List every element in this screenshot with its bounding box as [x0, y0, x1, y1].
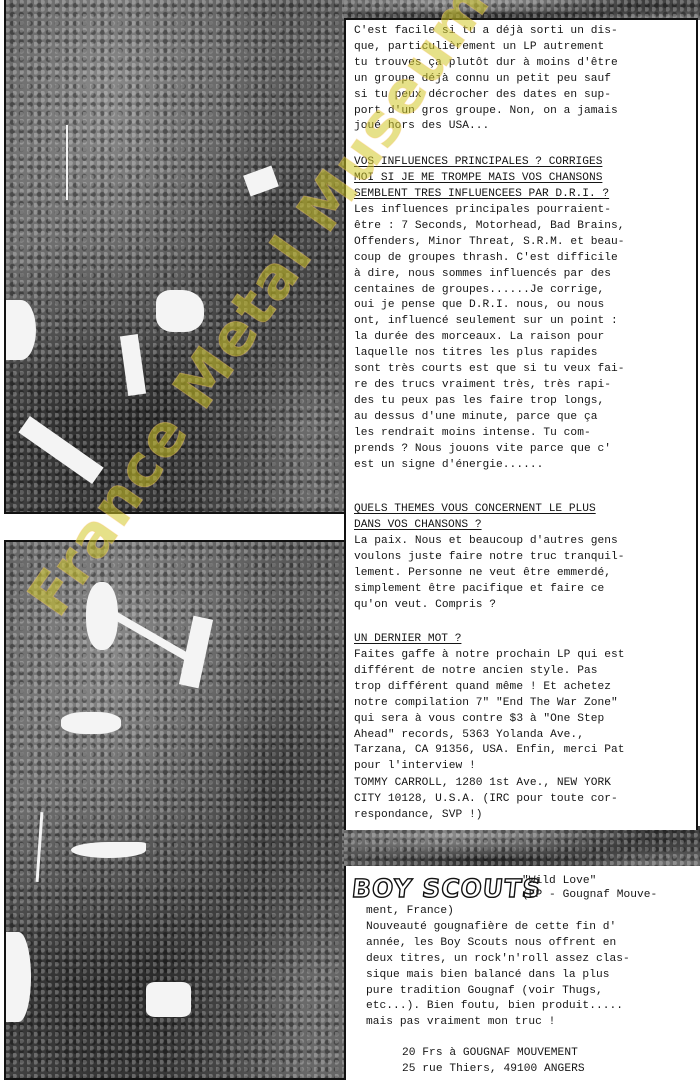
record-review: BOY SCOUTS "Wild Love" (EP - Gougnaf Mou…: [344, 866, 700, 1080]
photo-highlight: [243, 166, 279, 197]
photo-highlight: [61, 712, 121, 734]
answer-last-word: Faites gaffe à notre prochain LP qui est…: [354, 648, 625, 775]
question-last-word: UN DERNIER MOT ?: [354, 632, 461, 648]
answer-influences: Les influences principales pourraient- ê…: [354, 203, 625, 473]
photo-highlight: [18, 416, 103, 484]
photo-highlight: [71, 842, 146, 858]
photo-highlight: [156, 290, 204, 332]
interview-intro: C'est facile si tu a déjà sorti un dis- …: [354, 24, 618, 135]
band-photo-top: [4, 0, 348, 514]
release-info: (EP - Gougnaf Mouve-: [522, 888, 657, 904]
photo-highlight: [36, 812, 44, 882]
order-address: 20 Frs à GOUGNAF MOUVEMENT 25 rue Thiers…: [402, 1046, 585, 1078]
band-logo: BOY SCOUTS: [350, 874, 542, 903]
photo-strip-middle: [344, 826, 700, 868]
question-themes: QUELS THEMES VOUS CONCERNENT LE PLUS DAN…: [354, 502, 596, 534]
answer-themes: La paix. Nous et beaucoup d'autres gens …: [354, 534, 625, 614]
band-contact-address: TOMMY CARROLL, 1280 1st Ave., NEW YORK C…: [354, 776, 618, 824]
review-body: ment, France) Nouveauté gougnafière de c…: [366, 904, 630, 1031]
photo-highlight: [6, 300, 36, 360]
question-influences: VOS INFLUENCES PRINCIPALES ? CORRIGES MO…: [354, 155, 609, 203]
photo-highlight: [86, 582, 118, 650]
photo-highlight: [66, 125, 68, 200]
photo-highlight: [6, 932, 31, 1022]
photo-strip-top: [344, 0, 700, 20]
interview-column: C'est facile si tu a déjà sorti un dis- …: [344, 18, 698, 830]
band-photo-bottom: [4, 540, 348, 1080]
photo-highlight: [146, 982, 191, 1017]
photo-highlight: [120, 334, 146, 396]
